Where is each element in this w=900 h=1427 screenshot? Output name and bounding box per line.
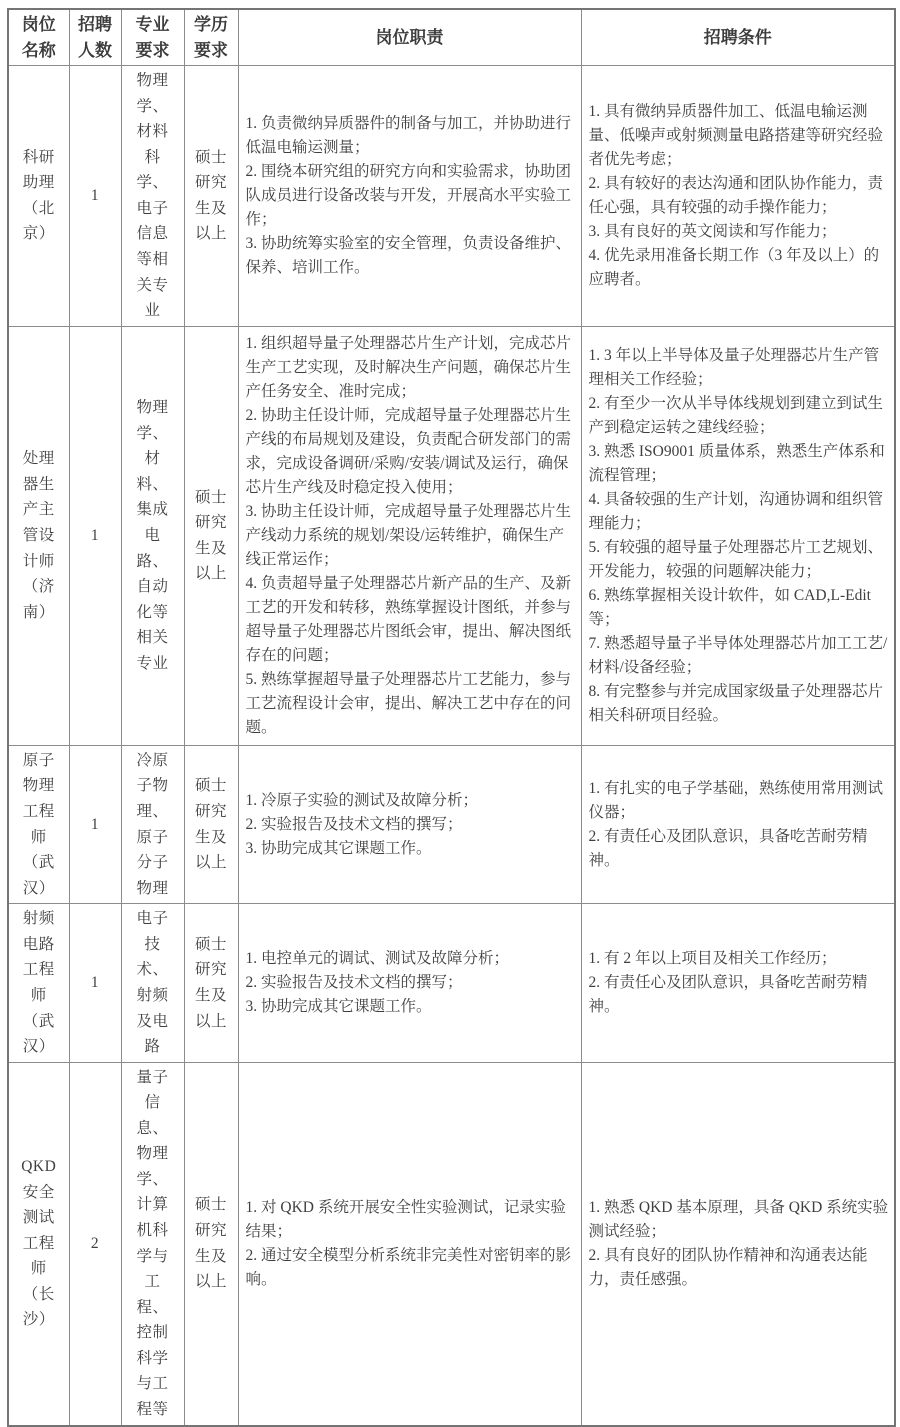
- duties-cell: 1. 冷原子实验的测试及故障分析；2. 实验报告及技术文档的撰写；3. 协助完成…: [238, 745, 581, 903]
- table-row: 射频电路工程师（武汉） 1 电子技术、射频及电路 硕士研究生及以上 1. 电控单…: [8, 904, 895, 1062]
- list-item: 1. 具有微纳异质器件加工、低温电输运测量、低噪声或射频测量电路搭建等研究经验者…: [589, 100, 891, 172]
- list-item: 2. 有至少一次从半导体线规划到建立到试生产到稳定运转之建线经验；: [589, 392, 891, 440]
- headcount-cell: 1: [69, 904, 121, 1062]
- table-row: 处理器生产主管设计师（济南） 1 物理学、材料、集成电路、自动化等相关专业 硕士…: [8, 326, 895, 745]
- list-item: 2. 有责任心及团队意识，具备吃苦耐劳精神。: [589, 825, 891, 873]
- header-education: 学历要求: [184, 9, 238, 66]
- list-item: 3. 具有良好的英文阅读和写作能力；: [589, 220, 891, 244]
- list-item: 6. 熟练掌握相关设计软件，如 CAD,L-Edit 等；: [589, 584, 891, 632]
- major-cell: 量子信息、物理学、计算机科学与工程、控制科学与工程等: [121, 1062, 184, 1425]
- conditions-cell: 1. 具有微纳异质器件加工、低温电输运测量、低噪声或射频测量电路搭建等研究经验者…: [581, 66, 895, 327]
- list-item: 2. 实验报告及技术文档的撰写；: [246, 813, 577, 837]
- header-headcount: 招聘人数: [69, 9, 121, 66]
- list-item: 1. 冷原子实验的测试及故障分析；: [246, 789, 577, 813]
- list-item: 1. 对 QKD 系统开展安全性实验测试，记录实验结果；: [246, 1196, 577, 1244]
- duties-cell: 1. 负责微纳异质器件的制备与加工，并协助进行低温电输运测量；2. 围绕本研究组…: [238, 66, 581, 327]
- header-row: 岗位名称 招聘人数 专业要求 学历要求 岗位职责 招聘条件: [8, 9, 895, 66]
- education-cell: 硕士研究生及以上: [184, 1062, 238, 1425]
- list-item: 5. 有较强的超导量子处理器芯片工艺规划、开发能力，较强的问题解决能力；: [589, 536, 891, 584]
- education-cell: 硕士研究生及以上: [184, 326, 238, 745]
- education-cell: 硕士研究生及以上: [184, 66, 238, 327]
- conditions-cell: 1. 有扎实的电子学基础，熟练使用常用测试仪器；2. 有责任心及团队意识，具备吃…: [581, 745, 895, 903]
- major-cell: 冷原子物理、原子分子物理: [121, 745, 184, 903]
- list-item: 2. 协助主任设计师，完成超导量子处理器芯片生产线的布局规划及建设，负责配合研发…: [246, 404, 577, 500]
- job-positions-table: 岗位名称 招聘人数 专业要求 学历要求 岗位职责 招聘条件 科研助理（北京） 1…: [7, 8, 896, 1427]
- list-item: 1. 熟悉 QKD 基本原理，具备 QKD 系统实验测试经验；: [589, 1196, 891, 1244]
- education-cell: 硕士研究生及以上: [184, 904, 238, 1062]
- header-position: 岗位名称: [8, 9, 69, 66]
- headcount-cell: 1: [69, 66, 121, 327]
- position-cell: 科研助理（北京）: [8, 66, 69, 327]
- list-item: 3. 协助主任设计师，完成超导量子处理器芯片生产线动力系统的规划/架设/运转维护…: [246, 500, 577, 572]
- header-duties: 岗位职责: [238, 9, 581, 66]
- headcount-cell: 1: [69, 745, 121, 903]
- list-item: 3. 协助完成其它课题工作。: [246, 837, 577, 861]
- header-major: 专业要求: [121, 9, 184, 66]
- list-item: 2. 通过安全模型分析系统非完美性对密钥率的影响。: [246, 1244, 577, 1292]
- duties-cell: 1. 对 QKD 系统开展安全性实验测试，记录实验结果；2. 通过安全模型分析系…: [238, 1062, 581, 1425]
- major-cell: 电子技术、射频及电路: [121, 904, 184, 1062]
- conditions-cell: 1. 有 2 年以上项目及相关工作经历；2. 有责任心及团队意识，具备吃苦耐劳精…: [581, 904, 895, 1062]
- position-cell: 原子物理工程师（武汉）: [8, 745, 69, 903]
- list-item: 1. 负责微纳异质器件的制备与加工，并协助进行低温电输运测量；: [246, 112, 577, 160]
- list-item: 1. 组织超导量子处理器芯片生产计划，完成芯片生产工艺实现，及时解决生产问题，确…: [246, 332, 577, 404]
- position-cell: 射频电路工程师（武汉）: [8, 904, 69, 1062]
- position-cell: QKD 安全测试工程师（长沙）: [8, 1062, 69, 1425]
- list-item: 4. 优先录用准备长期工作（3 年及以上）的应聘者。: [589, 244, 891, 292]
- list-item: 3. 协助统筹实验室的安全管理，负责设备维护、保养、培训工作。: [246, 232, 577, 280]
- list-item: 1. 有扎实的电子学基础，熟练使用常用测试仪器；: [589, 777, 891, 825]
- table-row: QKD 安全测试工程师（长沙） 2 量子信息、物理学、计算机科学与工程、控制科学…: [8, 1062, 895, 1425]
- major-cell: 物理学、材料、集成电路、自动化等相关专业: [121, 326, 184, 745]
- header-conditions: 招聘条件: [581, 9, 895, 66]
- table-row: 科研助理（北京） 1 物理学、材料科学、电子信息等相关专业 硕士研究生及以上 1…: [8, 66, 895, 327]
- list-item: 4. 具备较强的生产计划，沟通协调和组织管理能力；: [589, 488, 891, 536]
- list-item: 3. 协助完成其它课题工作。: [246, 995, 577, 1019]
- list-item: 4. 负责超导量子处理器芯片新产品的生产、及新工艺的开发和转移，熟练掌握设计图纸…: [246, 572, 577, 668]
- list-item: 1. 电控单元的调试、测试及故障分析；: [246, 947, 577, 971]
- conditions-cell: 1. 熟悉 QKD 基本原理，具备 QKD 系统实验测试经验；2. 具有良好的团…: [581, 1062, 895, 1425]
- list-item: 2. 有责任心及团队意识，具备吃苦耐劳精神。: [589, 971, 891, 1019]
- education-cell: 硕士研究生及以上: [184, 745, 238, 903]
- duties-cell: 1. 组织超导量子处理器芯片生产计划，完成芯片生产工艺实现，及时解决生产问题，确…: [238, 326, 581, 745]
- major-cell: 物理学、材料科学、电子信息等相关专业: [121, 66, 184, 327]
- recruitment-page: 岗位名称 招聘人数 专业要求 学历要求 岗位职责 招聘条件 科研助理（北京） 1…: [0, 0, 900, 986]
- list-item: 1. 3 年以上半导体及量子处理器芯片生产管理相关工作经验；: [589, 344, 891, 392]
- position-cell: 处理器生产主管设计师（济南）: [8, 326, 69, 745]
- list-item: 2. 实验报告及技术文档的撰写；: [246, 971, 577, 995]
- list-item: 5. 熟练掌握超导量子处理器芯片工艺能力，参与工艺流程设计会审，提出、解决工艺中…: [246, 668, 577, 740]
- duties-cell: 1. 电控单元的调试、测试及故障分析；2. 实验报告及技术文档的撰写；3. 协助…: [238, 904, 581, 1062]
- conditions-cell: 1. 3 年以上半导体及量子处理器芯片生产管理相关工作经验；2. 有至少一次从半…: [581, 326, 895, 745]
- headcount-cell: 1: [69, 326, 121, 745]
- list-item: 8. 有完整参与并完成国家级量子处理器芯片相关科研项目经验。: [589, 680, 891, 728]
- list-item: 7. 熟悉超导量子半导体处理器芯片加工工艺/材料/设备经验；: [589, 632, 891, 680]
- list-item: 2. 具有较好的表达沟通和团队协作能力，责任心强，具有较强的动手操作能力；: [589, 172, 891, 220]
- headcount-cell: 2: [69, 1062, 121, 1425]
- list-item: 1. 有 2 年以上项目及相关工作经历；: [589, 947, 891, 971]
- list-item: 2. 围绕本研究组的研究方向和实验需求，协助团队成员进行设备改装与开发，开展高水…: [246, 160, 577, 232]
- table-row: 原子物理工程师（武汉） 1 冷原子物理、原子分子物理 硕士研究生及以上 1. 冷…: [8, 745, 895, 903]
- list-item: 3. 熟悉 ISO9001 质量体系，熟悉生产体系和流程管理；: [589, 440, 891, 488]
- list-item: 2. 具有良好的团队协作精神和沟通表达能力，责任感强。: [589, 1244, 891, 1292]
